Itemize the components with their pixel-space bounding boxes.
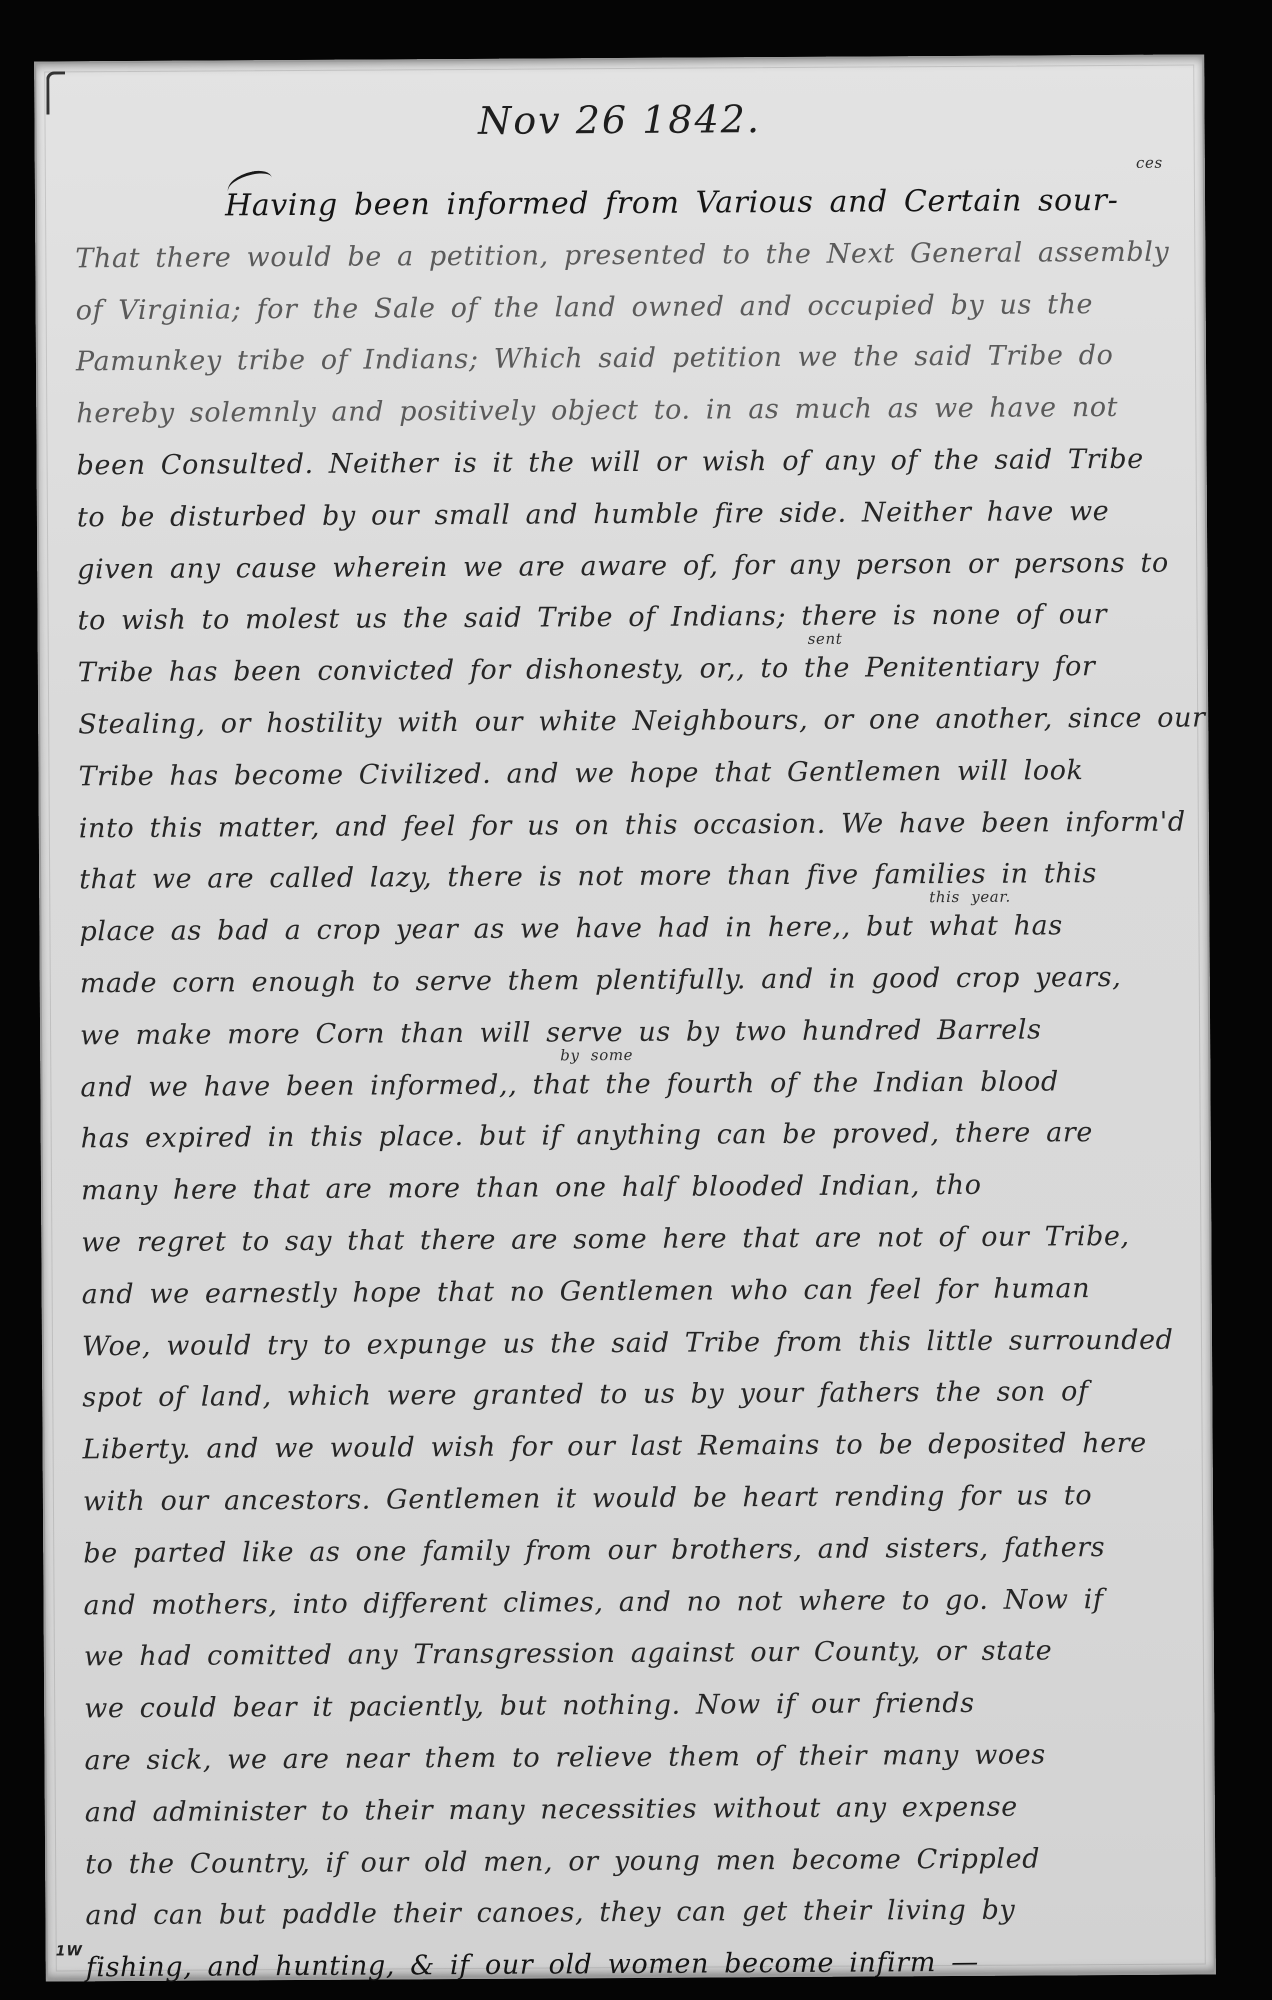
text-line: we could bear it paciently, but nothing.… bbox=[84, 1677, 1176, 1735]
interlinear-insertion: ces bbox=[1136, 155, 1163, 171]
line-text: with our ancestors. Gentlemen it would b… bbox=[83, 1480, 1092, 1517]
text-line: we regret to say that there are some her… bbox=[81, 1211, 1173, 1269]
line-text: Tribe has become Civilized. and we hope … bbox=[78, 755, 1083, 792]
line-text: Stealing, or hostility with our white Ne… bbox=[78, 702, 1206, 740]
line-text: and mothers, into different climes, and … bbox=[83, 1584, 1103, 1621]
line-text: That there would be a petition, presente… bbox=[75, 236, 1169, 274]
text-line: fishing, and hunting, & if our old women… bbox=[86, 1936, 1178, 1994]
text-line: be parted like as one family from our br… bbox=[83, 1521, 1175, 1579]
line-text: fishing, and hunting, & if our old women… bbox=[86, 1947, 979, 1983]
manuscript-page: Nov 26 1842. Having been informed from V… bbox=[34, 54, 1216, 1981]
line-text: and we have been informed,, that the fou… bbox=[80, 1066, 1059, 1103]
text-line: spot of land, which were granted to us b… bbox=[82, 1366, 1174, 1424]
line-text: given any cause wherein we are aware of,… bbox=[77, 547, 1169, 585]
line-text: Having been informed from Various and Ce… bbox=[225, 183, 1119, 223]
petition-body: Having been informed from Various and Ce… bbox=[75, 175, 1178, 1995]
text-line: been Consulted. Neither is it the will o… bbox=[76, 434, 1168, 492]
text-line: into this matter, and feel for us on thi… bbox=[79, 796, 1171, 854]
line-text: been Consulted. Neither is it the will o… bbox=[77, 444, 1144, 482]
line-text: and administer to their many necessities… bbox=[85, 1791, 1018, 1828]
text-line: Liberty. and we would wish for our last … bbox=[82, 1418, 1174, 1476]
line-text: we regret to say that there are some her… bbox=[81, 1221, 1130, 1258]
line-text: place as bad a crop year as we have had … bbox=[79, 910, 1062, 947]
text-line: are sick, we are near them to relieve th… bbox=[84, 1729, 1176, 1787]
text-line: and administer to their many necessities… bbox=[85, 1780, 1177, 1838]
text-line: to wish to molest us the said Tribe of I… bbox=[77, 589, 1169, 647]
line-text: be parted like as one family from our br… bbox=[83, 1532, 1105, 1569]
line-text: to the Country, if our old men, or young… bbox=[85, 1843, 1040, 1880]
text-line: Tribe has become Civilized. and we hope … bbox=[78, 744, 1170, 802]
line-text: many here that are more than one half bl… bbox=[81, 1170, 982, 1207]
line-text: Tribe has been convicted for dishonesty,… bbox=[78, 651, 1096, 688]
text-line: Stealing, or hostility with our white Ne… bbox=[78, 693, 1170, 751]
text-line: given any cause wherein we are aware of,… bbox=[77, 537, 1169, 595]
line-text: and can but paddle their canoes, they ca… bbox=[85, 1895, 1015, 1932]
line-text: made corn enough to serve them plentiful… bbox=[80, 962, 1122, 999]
text-line: place as bad a crop year as we have had … bbox=[79, 900, 1171, 958]
line-text: we could bear it paciently, but nothing.… bbox=[84, 1688, 975, 1724]
line-text: Pamunkey tribe of Indians; Which said pe… bbox=[76, 340, 1114, 377]
line-text: Woe, would try to expunge us the said Tr… bbox=[82, 1324, 1174, 1362]
line-text: into this matter, and feel for us on thi… bbox=[79, 806, 1186, 844]
line-text: and we earnestly hope that no Gentlemen … bbox=[82, 1273, 1091, 1310]
line-text: spot of land, which were granted to us b… bbox=[82, 1377, 1088, 1414]
text-line: of Virginia; for the Sale of the land ow… bbox=[76, 278, 1168, 336]
text-line: has expired in this place. but if anythi… bbox=[81, 1107, 1173, 1165]
text-line: and can but paddle their canoes, they ca… bbox=[85, 1884, 1177, 1942]
text-line: to be disturbed by our small and humble … bbox=[77, 485, 1169, 543]
line-text: Liberty. and we would wish for our last … bbox=[83, 1428, 1147, 1466]
text-line: and we have been informed,, that the fou… bbox=[80, 1055, 1172, 1113]
text-line: and mothers, into different climes, and … bbox=[83, 1573, 1175, 1631]
text-line: many here that are more than one half bl… bbox=[81, 1159, 1173, 1217]
text-line: made corn enough to serve them plentiful… bbox=[80, 952, 1172, 1010]
text-line: Having been informed from Various and Ce… bbox=[75, 175, 1167, 233]
text-line: That there would be a petition, presente… bbox=[75, 226, 1167, 284]
text-line: with our ancestors. Gentlemen it would b… bbox=[83, 1470, 1175, 1528]
text-line: we had comitted any Transgression agains… bbox=[84, 1625, 1176, 1683]
text-line: hereby solemnly and positively object to… bbox=[76, 382, 1168, 440]
line-text: has expired in this place. but if anythi… bbox=[81, 1117, 1093, 1154]
document-date: Nov 26 1842. bbox=[34, 94, 1204, 145]
interlinear-insertion: by some bbox=[560, 1046, 633, 1062]
margin-note: 1W bbox=[56, 1927, 84, 1979]
line-text: are sick, we are near them to relieve th… bbox=[84, 1739, 1045, 1776]
interlinear-insertion: sent bbox=[808, 631, 843, 647]
text-line: and we earnestly hope that no Gentlemen … bbox=[82, 1262, 1174, 1320]
text-line: Tribe has been convicted for dishonesty,… bbox=[78, 641, 1170, 699]
text-line: Pamunkey tribe of Indians; Which said pe… bbox=[76, 330, 1168, 388]
line-text: to be disturbed by our small and humble … bbox=[77, 496, 1110, 533]
line-text: we had comitted any Transgression agains… bbox=[84, 1636, 1053, 1673]
line-text: to wish to molest us the said Tribe of I… bbox=[77, 599, 1107, 636]
line-text: hereby solemnly and positively object to… bbox=[76, 392, 1118, 429]
line-text: of Virginia; for the Sale of the land ow… bbox=[76, 289, 1094, 326]
text-line: Woe, would try to expunge us the said Tr… bbox=[82, 1314, 1174, 1372]
text-line: to the Country, if our old men, or young… bbox=[85, 1832, 1177, 1890]
interlinear-insertion: this year. bbox=[929, 889, 1011, 905]
